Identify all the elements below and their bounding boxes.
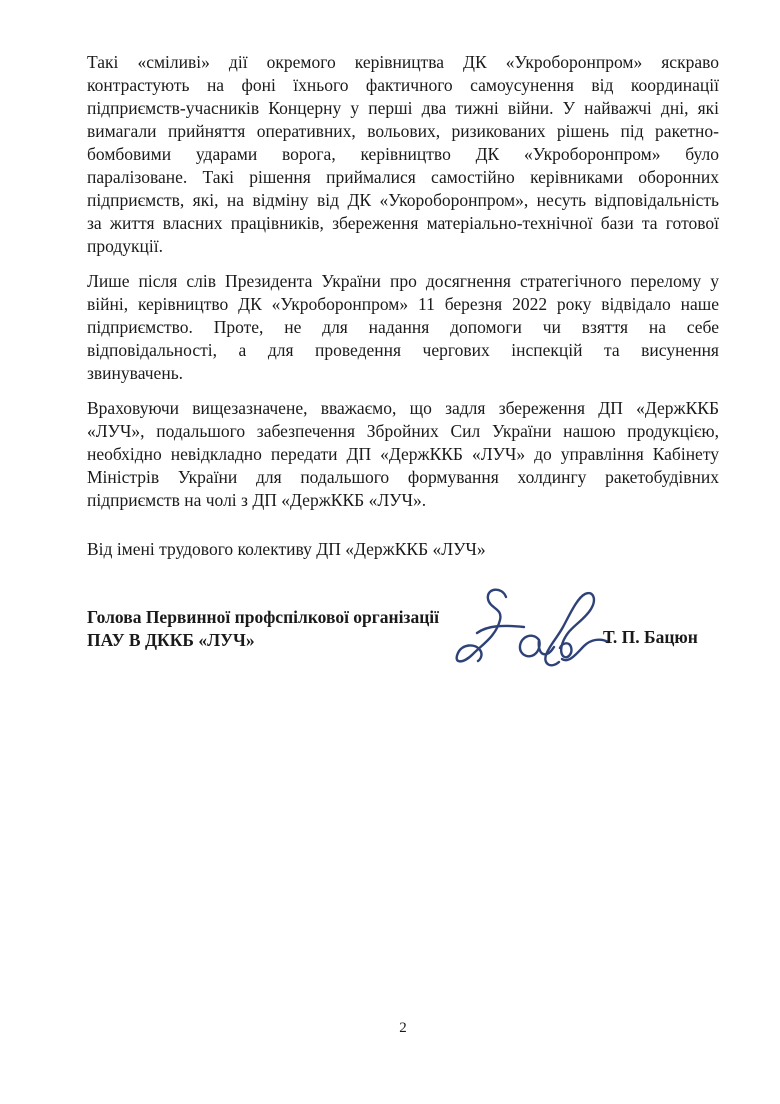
text-line: Враховуючи вищезазначене, вважаємо, що з… [87,397,719,420]
page-number: 2 [87,1018,719,1038]
text-line: «ЛУЧ», подальшого забезпечення Збройних … [87,420,719,443]
closing-line: Від імені трудового колективу ДП «ДержКК… [87,538,719,561]
signature-stroke [545,593,594,665]
paragraph: Такі «сміливі» дії окремого керівництва … [87,51,719,258]
text-line: необхідно невідкладно передати ДП «ДержК… [87,443,719,466]
text-line: за життя власних працівників, збереження… [87,212,719,235]
signature-stroke [520,636,554,657]
text-line: контрастують на фоні їхнього фактичного … [87,74,719,97]
text-line: війні, керівництво ДК «Укроборонпром» 11… [87,293,719,316]
text-line: вимагали прийняття оперативних, вольових… [87,120,719,143]
text-line: підприємств на чолі з ДП «ДержККБ «ЛУЧ». [87,489,719,512]
handwritten-signature-icon [450,580,615,690]
text-line: підприємство. Проте, не для надання допо… [87,316,719,339]
text-line: Такі «сміливі» дії окремого керівництва … [87,51,719,74]
signature-block: Голова Первинної профспілкової організац… [87,606,719,652]
signature-stroke [477,626,524,633]
document-body: Такі «сміливі» дії окремого керівництва … [87,51,719,512]
signee-name: Т. П. Бацюн [603,626,698,649]
paragraph: Враховуючи вищезазначене, вважаємо, що з… [87,397,719,512]
text-line: Лише після слів Президента України про д… [87,270,719,293]
text-line: відповідальності, а для проведення черго… [87,339,719,362]
paragraph: Лише після слів Президента України про д… [87,270,719,385]
text-line: бомбовими ударами ворога, керівництво ДК… [87,143,719,166]
document-page: Такі «сміливі» дії окремого керівництва … [0,0,780,1104]
text-line: паралізоване. Такі рішення приймалися са… [87,166,719,189]
text-line: підприємств, які, на відміну від ДК «Уко… [87,189,719,212]
document-content: Такі «сміливі» дії окремого керівництва … [87,51,719,652]
text-line: підприємств-учасників Концерну у перші д… [87,97,719,120]
text-line: Міністрів України для подальшого формува… [87,466,719,489]
text-line: продукції. [87,235,719,258]
text-line: звинувачень. [87,362,719,385]
